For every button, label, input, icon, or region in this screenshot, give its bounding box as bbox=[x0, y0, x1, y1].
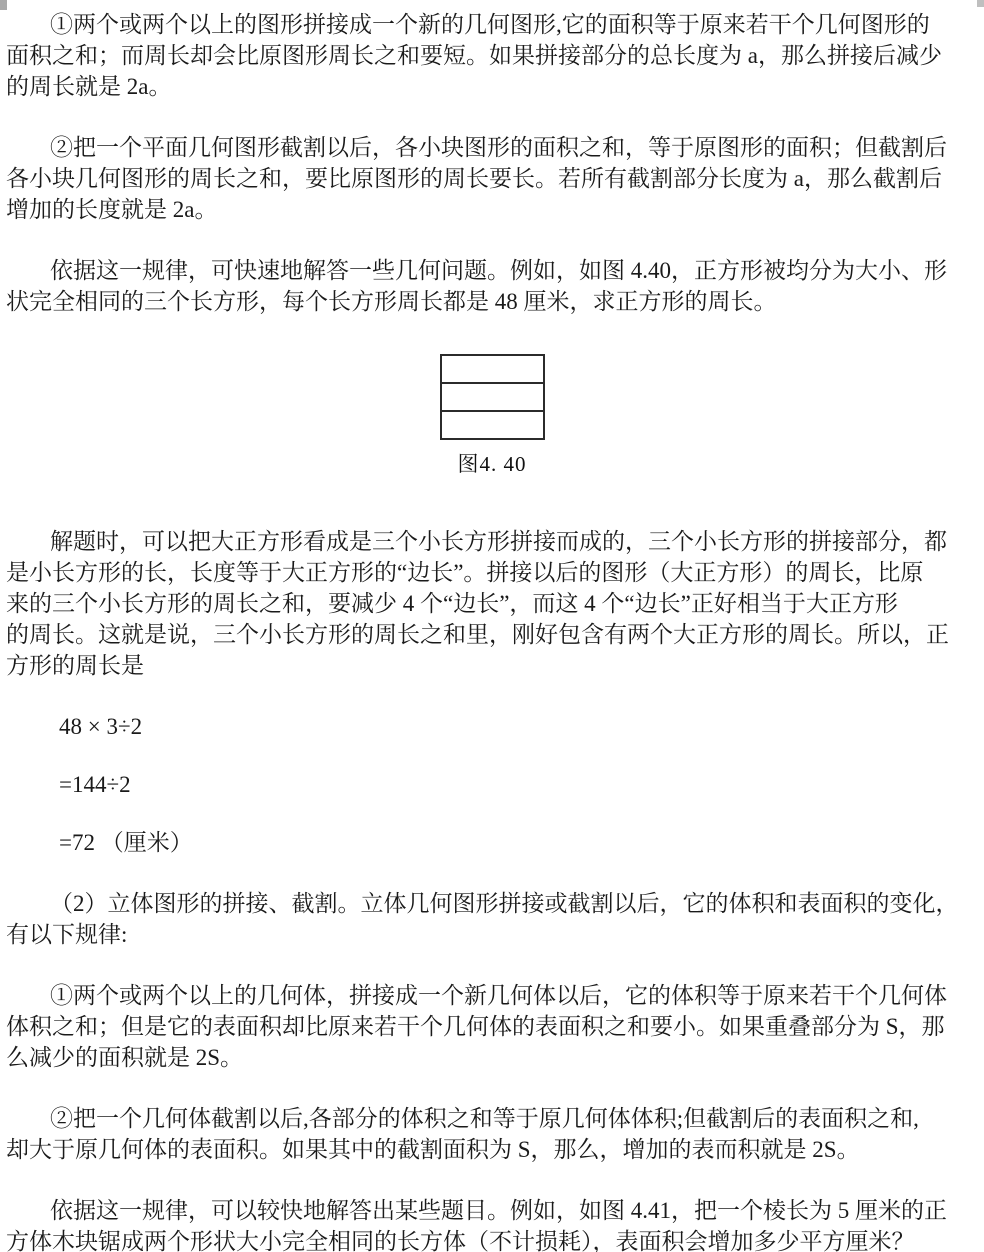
equation-line-2: =144÷2 bbox=[6, 769, 978, 800]
paragraph-solid-rule-1: ①两个或两个以上的几何体，拼接成一个新几何体以后，它的体积等于原来若干个几何体 … bbox=[6, 980, 978, 1073]
figure-4-40: 图4. 40 bbox=[6, 354, 978, 480]
text-line: 状完全相同的三个长方形，每个长方形周长都是 48 厘米，求正方形的周长。 bbox=[6, 286, 978, 317]
text-line: 的周长。这就是说，三个小长方形的周长之和里，刚好包含有两个大正方形的周长。所以，… bbox=[6, 619, 978, 650]
computation-block: 48 × 3÷2 =144÷2 =72 （厘米） bbox=[6, 711, 978, 858]
text-line: 的周长就是 2a。 bbox=[6, 71, 978, 102]
figure-rect-row-1 bbox=[442, 356, 543, 384]
figure-rect-row-2 bbox=[442, 384, 543, 412]
text-line: 么减少的面积就是 2S。 bbox=[6, 1042, 978, 1073]
text-line: 方体木块锯成两个形状大小完全相同的长方体（不计损耗），表面积会增加多少平方厘米？ bbox=[6, 1226, 978, 1252]
text-line: 面积之和；而周长却会比原图形周长之和要短。如果拼接部分的总长度为 a，那么拼接后… bbox=[6, 40, 978, 71]
text-line: 来的三个小长方形的周长之和，要减少 4 个“边长”，而这 4 个“边长”正好相当… bbox=[6, 588, 978, 619]
text-line: 却大于原几何体的表面积。如果其中的截割面积为 S，那么，增加的表而积就是 2S。 bbox=[6, 1134, 978, 1165]
paragraph-rule-1-join: ①两个或两个以上的图形拼接成一个新的几何图形,它的面积等于原来若干个几何图形的 … bbox=[6, 9, 978, 102]
paragraph-solid-figures-intro: （2）立体图形的拼接、截割。立体几何图形拼接或截割以后，它的体积和表面积的变化，… bbox=[6, 888, 978, 950]
paragraph-solid-rule-2: ②把一个几何体截割以后,各部分的体积之和等于原几何体体积;但截割后的表面积之和,… bbox=[6, 1103, 978, 1165]
figure-rect-row-3 bbox=[442, 412, 543, 438]
text-line: 是小长方形的长，长度等于大正方形的“边长”。拼接以后的图形（大正方形）的周长，比… bbox=[6, 557, 978, 588]
equation-line-1: 48 × 3÷2 bbox=[6, 711, 978, 742]
text-line: 依据这一规律，可快速地解答一些几何问题。例如，如图 4.40，正方形被均分为大小… bbox=[6, 255, 978, 286]
paragraph-example-4-41: 依据这一规律，可以较快地解答出某些题目。例如，如图 4.41，把一个棱长为 5 … bbox=[6, 1195, 978, 1252]
scan-artifact-top-left bbox=[0, 0, 7, 10]
text-line: 解题时，可以把大正方形看成是三个小长方形拼接而成的，三个小长方形的拼接部分，都 bbox=[6, 526, 978, 557]
paragraph-example-intro: 依据这一规律，可快速地解答一些几何问题。例如，如图 4.40，正方形被均分为大小… bbox=[6, 255, 978, 317]
paragraph-rule-2-cut: ②把一个平面几何图形截割以后，各小块图形的面积之和，等于原图形的面积；但截割后 … bbox=[6, 132, 978, 225]
text-line: 有以下规律: bbox=[6, 919, 978, 950]
text-line: ①两个或两个以上的图形拼接成一个新的几何图形,它的面积等于原来若干个几何图形的 bbox=[6, 9, 978, 40]
figure-caption: 图4. 40 bbox=[6, 449, 978, 480]
text-line: ①两个或两个以上的几何体，拼接成一个新几何体以后，它的体积等于原来若干个几何体 bbox=[6, 980, 978, 1011]
paragraph-solution-explanation: 解题时，可以把大正方形看成是三个小长方形拼接而成的，三个小长方形的拼接部分，都 … bbox=[6, 526, 978, 681]
text-line: 依据这一规律，可以较快地解答出某些题目。例如，如图 4.41，把一个棱长为 5 … bbox=[6, 1195, 978, 1226]
figure-square-diagram bbox=[440, 354, 545, 440]
text-line: （2）立体图形的拼接、截割。立体几何图形拼接或截割以后，它的体积和表面积的变化， bbox=[6, 888, 978, 919]
text-line: ②把一个平面几何图形截割以后，各小块图形的面积之和，等于原图形的面积；但截割后 bbox=[6, 132, 978, 163]
scan-artifact-top-right bbox=[977, 0, 984, 7]
text-line: 方形的周长是 bbox=[6, 650, 978, 681]
text-line: 增加的长度就是 2a。 bbox=[6, 194, 978, 225]
text-line: ②把一个几何体截割以后,各部分的体积之和等于原几何体体积;但截割后的表面积之和, bbox=[6, 1103, 978, 1134]
text-line: 各小块几何图形的周长之和，要比原图形的周长要长。若所有截割部分长度为 a，那么截… bbox=[6, 163, 978, 194]
document-page: ①两个或两个以上的图形拼接成一个新的几何图形,它的面积等于原来若干个几何图形的 … bbox=[0, 0, 984, 1252]
text-line: 体积之和；但是它的表面积却比原来若干个几何体的表面积之和要小。如果重叠部分为 S… bbox=[6, 1011, 978, 1042]
equation-line-3: =72 （厘米） bbox=[6, 827, 978, 858]
